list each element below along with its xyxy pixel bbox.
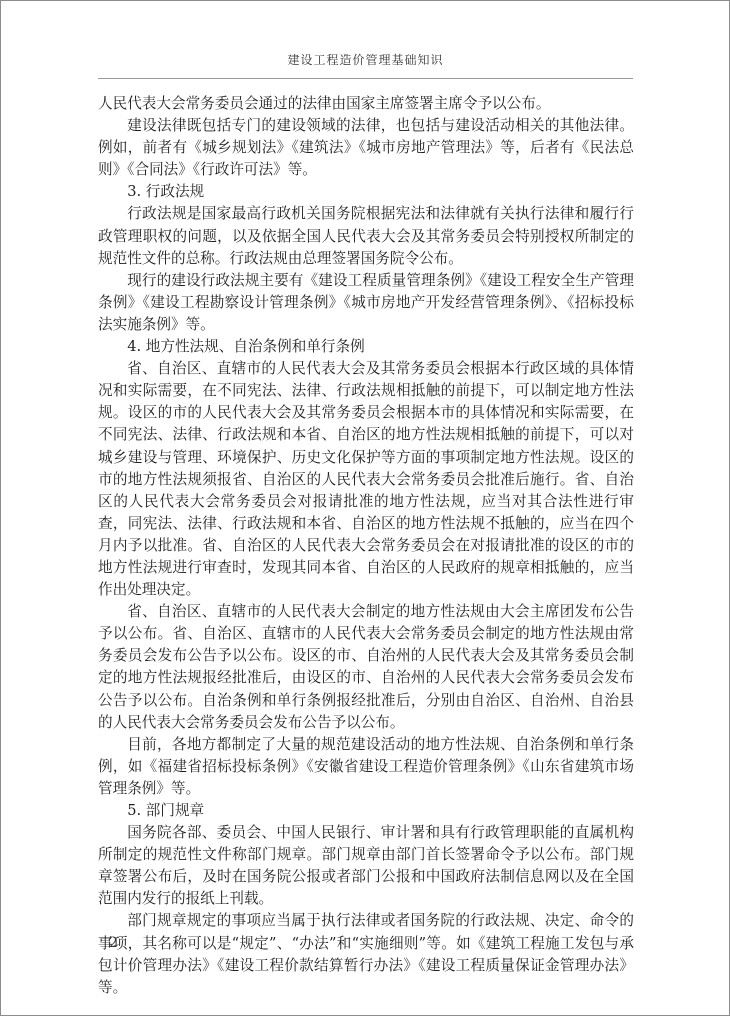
paragraph: 国务院各部、委员会、中国人民银行、审计署和具有行政管理职能的直属机构所制定的规范… (98, 822, 634, 910)
running-header: 建设工程造价管理基础知识 (98, 51, 633, 68)
paragraph: 建设法律既包括专门的建设领域的法律，也包括与建设活动相关的其他法律。例如，前者有… (98, 115, 634, 181)
paragraph: 人民代表大会常务委员会通过的法律由国家主席签署主席令予以公布。 (98, 93, 634, 115)
page-number: 2 (109, 935, 118, 951)
paragraph: 部门规章规定的事项应当属于执行法律或者国务院的行政法规、决定、命令的事项，其名称… (98, 910, 634, 998)
paragraph: 现行的建设行政法规主要有《建设工程质量管理条例》《建设工程安全生产管理条例》《建… (98, 270, 634, 336)
paragraph: 行政法规是国家最高行政机关国务院根据宪法和法律就有关执行法律和履行行政管理职权的… (98, 203, 634, 269)
header-rule (98, 78, 633, 79)
body-text: 人民代表大会常务委员会通过的法律由国家主席签署主席令予以公布。 建设法律既包括专… (98, 93, 634, 999)
paragraph: 省、自治区、直辖市的人民代表大会及其常务委员会根据本行政区域的具体情况和实际需要… (98, 358, 634, 601)
section-heading: 5. 部门规章 (98, 800, 634, 822)
paragraph: 省、自治区、直辖市的人民代表大会制定的地方性法规由大会主席团发布公告予以公布。省… (98, 601, 634, 734)
section-heading: 4. 地方性法规、自治条例和单行条例 (98, 336, 634, 358)
section-heading: 3. 行政法规 (98, 181, 634, 203)
document-page: 建设工程造价管理基础知识 人民代表大会常务委员会通过的法律由国家主席签署主席令予… (0, 0, 730, 1016)
paragraph: 目前，各地方都制定了大量的规范建设活动的地方性法规、自治条例和单行条例，如《福建… (98, 734, 634, 800)
